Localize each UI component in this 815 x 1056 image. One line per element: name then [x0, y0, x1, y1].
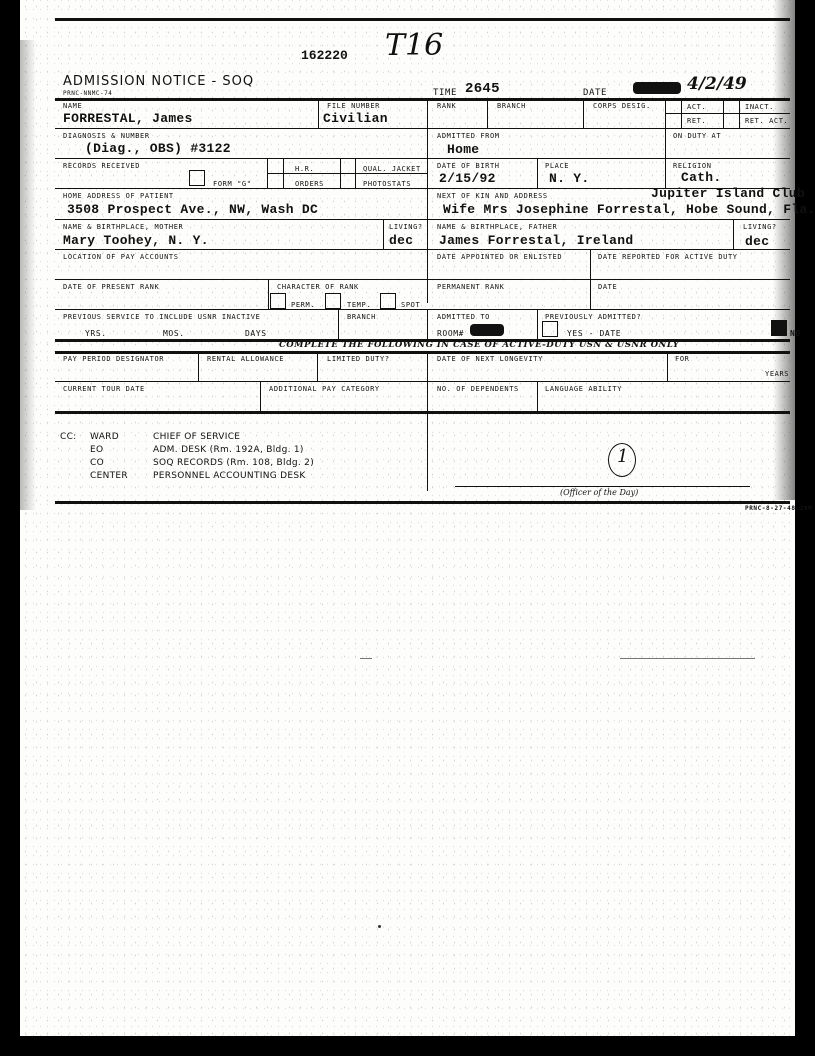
spot-label: SPOT	[401, 301, 420, 309]
branch2-label: BRANCH	[347, 313, 376, 321]
form-code: PRNC-NNMC-74	[63, 90, 112, 97]
date-reported-label: DATE REPORTED FOR ACTIVE DUTY	[598, 253, 738, 261]
divider	[665, 158, 666, 188]
scan-dot	[378, 925, 381, 928]
name-value: FORRESTAL, James	[63, 111, 193, 126]
divider	[537, 309, 538, 339]
date-label: DATE	[583, 88, 607, 98]
room-value-redacted	[470, 324, 504, 336]
cc-dest-adm-desk: ADM. DESK (Rm. 192A, Bldg. 1)	[153, 445, 304, 455]
file-number-value: Civilian	[323, 111, 388, 126]
years-label: YEARS	[765, 370, 789, 378]
cc-code-eo: EO	[90, 445, 103, 455]
form-g-label: FORM "G"	[213, 180, 252, 188]
next-of-kin-addendum: Jupiter Island Club	[651, 186, 805, 201]
signature-mark: 1	[617, 446, 628, 467]
mother-value: Mary Toohey, N. Y.	[63, 233, 209, 248]
divider	[318, 98, 319, 128]
divider	[268, 279, 269, 309]
time-value: 2645	[465, 81, 500, 97]
section-rule	[55, 411, 790, 414]
handwritten-mark: T16	[385, 28, 443, 63]
dob-label: DATE OF BIRTH	[437, 162, 500, 170]
yes-date-label: YES - Date	[567, 329, 621, 338]
dob-value: 2/15/92	[439, 171, 496, 186]
header-rule	[55, 98, 790, 101]
divider	[260, 381, 261, 411]
previously-admitted-yes-checkbox[interactable]	[542, 321, 558, 337]
admission-notice-form: ADMISSION NOTICE - SOQ PRNC-NNMC-74 1622…	[55, 18, 790, 503]
next-of-kin-label: NEXT OF KIN AND ADDRESS	[437, 192, 548, 200]
rank-label: RANK	[437, 102, 456, 110]
divider	[427, 309, 428, 339]
home-address-value: 3508 Prospect Ave., NW, Wash DC	[67, 202, 318, 217]
hr-label[interactable]: H.R.	[295, 165, 314, 173]
divider	[537, 158, 538, 188]
divider	[487, 98, 488, 128]
days-label: DAYS	[245, 329, 267, 338]
diagnosis-label: DIAGNOSIS & NUMBER	[63, 132, 150, 140]
scan-mark	[620, 658, 755, 659]
row-rule	[55, 158, 790, 159]
cc-code-ward: WARD	[90, 432, 119, 442]
religion-value: Cath.	[681, 170, 722, 185]
date-value: 4/2/49	[687, 74, 747, 94]
temp-label: TEMP.	[347, 301, 371, 309]
records-received-label: RECORDS RECEIVED	[63, 162, 140, 170]
signature-line	[455, 486, 750, 487]
time-label: TIME	[433, 88, 457, 98]
orders-label[interactable]: ORDERS	[295, 180, 324, 188]
stamp-number: 162220	[301, 48, 348, 63]
section-rule	[55, 351, 790, 354]
mother-living-value: dec	[389, 233, 413, 248]
form-title: ADMISSION NOTICE - SOQ	[63, 74, 254, 89]
father-label: NAME & BIRTHPLACE, FATHER	[437, 223, 557, 231]
for-label: FOR	[675, 355, 689, 363]
next-of-kin-value: Wife Mrs Josephine Forrestal, Hobe Sound…	[443, 202, 815, 217]
name-label: NAME	[63, 102, 82, 110]
previous-service-label: PREVIOUS SERVICE TO INCLUDE USNR INACTIV…	[63, 313, 260, 321]
no-label: NO	[790, 329, 801, 338]
cc-dest-chief: CHIEF OF SERVICE	[153, 432, 240, 442]
yrs-label: YRS.	[85, 329, 107, 338]
divider	[317, 351, 318, 381]
divider	[383, 219, 384, 249]
form-top-border	[55, 18, 790, 21]
divider	[338, 309, 339, 339]
father-living-label: LIVING?	[743, 223, 777, 231]
signature-caption: (Officer of the Day)	[560, 488, 638, 497]
permanent-rank-label: PERMANENT RANK	[437, 283, 504, 291]
photostats-label[interactable]: PHOTOSTATS	[363, 180, 411, 188]
next-longevity-label: DATE OF NEXT LONGEVITY	[437, 355, 543, 363]
cc-label: CC:	[60, 432, 77, 442]
pay-period-label: PAY PERIOD DESIGNATOR	[63, 355, 164, 363]
character-of-rank-label: CHARACTER OF RANK	[277, 283, 359, 291]
row-rule	[55, 128, 790, 129]
print-code: PRNC-8-27-48-20M	[745, 505, 812, 512]
row-rule	[55, 219, 790, 220]
row-rule	[55, 249, 790, 250]
status-act[interactable]: ACT.	[687, 103, 706, 111]
place-value: N. Y.	[549, 171, 590, 186]
rental-allowance-label: RENTAL ALLOWANCE	[207, 355, 284, 363]
scan-mark	[360, 658, 372, 659]
temp-checkbox[interactable]	[325, 293, 341, 309]
father-living-value: dec	[745, 234, 769, 249]
divider	[733, 219, 734, 249]
row-rule	[55, 309, 790, 310]
pay-accounts-label: LOCATION OF PAY ACCOUNTS	[63, 253, 179, 261]
qual-jacket-label[interactable]: QUAL. JACKET	[363, 165, 421, 173]
bottom-rule	[55, 501, 790, 504]
file-number-label: FILE NUMBER	[327, 102, 380, 110]
religion-label: RELIGION	[673, 162, 712, 170]
on-duty-at-label: ON DUTY AT	[673, 132, 721, 140]
room-label: ROOM#	[437, 329, 464, 338]
divider	[267, 173, 427, 174]
date-present-rank-label: DATE OF PRESENT RANK	[63, 283, 159, 291]
mother-label: NAME & BIRTHPLACE, MOTHER	[63, 223, 183, 231]
language-label: LANGUAGE ABILITY	[545, 385, 622, 393]
mos-label: MOS.	[163, 329, 185, 338]
redacted-day	[633, 82, 681, 94]
corps-desig-label: CORPS DESIG.	[593, 102, 651, 110]
branch-label: BRANCH	[497, 102, 526, 110]
active-duty-banner: COMPLETE THE FOLLOWING IN CASE OF ACTIVE…	[279, 340, 679, 350]
limited-duty-label: LIMITED DUTY?	[327, 355, 390, 363]
dependents-label: NO. OF DEPENDENTS	[437, 385, 519, 393]
additional-pay-label: ADDITIONAL PAY CATEGORY	[269, 385, 380, 393]
cc-code-center: CENTER	[90, 471, 128, 481]
cc-dest-soq-records: SOQ RECORDS (Rm. 108, Bldg. 2)	[153, 458, 314, 468]
date-appointed-label: DATE APPOINTED OR ENLISTED	[437, 253, 562, 261]
status-inact[interactable]: INACT.	[745, 103, 774, 111]
divider	[537, 381, 538, 411]
father-value: James Forrestal, Ireland	[439, 233, 633, 248]
diagnosis-value: (Diag., OBS) #3122	[85, 141, 231, 156]
status-ret[interactable]: RET.	[687, 117, 706, 125]
perm-label: PERM.	[291, 301, 315, 309]
divider	[665, 113, 790, 114]
row-rule	[55, 381, 790, 382]
row-rule	[55, 279, 790, 280]
admitted-from-label: ADMITTED FROM	[437, 132, 500, 140]
previously-admitted-no-checkbox[interactable]	[771, 320, 787, 336]
divider	[427, 411, 428, 491]
divider	[667, 351, 668, 381]
spot-checkbox[interactable]	[380, 293, 396, 309]
document-page: ADMISSION NOTICE - SOQ PRNC-NNMC-74 1622…	[20, 0, 795, 1036]
admitted-to-label: ADMITTED TO	[437, 313, 490, 321]
date-field-label: DATE	[598, 283, 617, 291]
home-address-label: HOME ADDRESS OF PATIENT	[63, 192, 174, 200]
mother-living-label: LIVING?	[389, 223, 423, 231]
admitted-from-value: Home	[447, 142, 479, 157]
place-label: PLACE	[545, 162, 569, 170]
divider	[583, 98, 584, 128]
cc-dest-personnel: PERSONNEL ACCOUNTING DESK	[153, 471, 306, 481]
divider	[198, 351, 199, 381]
perm-checkbox[interactable]	[270, 293, 286, 309]
form-g-checkbox[interactable]	[189, 170, 205, 186]
current-tour-label: CURRENT TOUR DATE	[63, 385, 145, 393]
previously-admitted-label: PREVIOUSLY ADMITTED?	[545, 313, 641, 321]
status-ret-act[interactable]: RET. ACT.	[745, 117, 788, 125]
scan-shadow-left	[20, 40, 36, 510]
cc-code-co: CO	[90, 458, 104, 468]
divider	[665, 128, 666, 158]
